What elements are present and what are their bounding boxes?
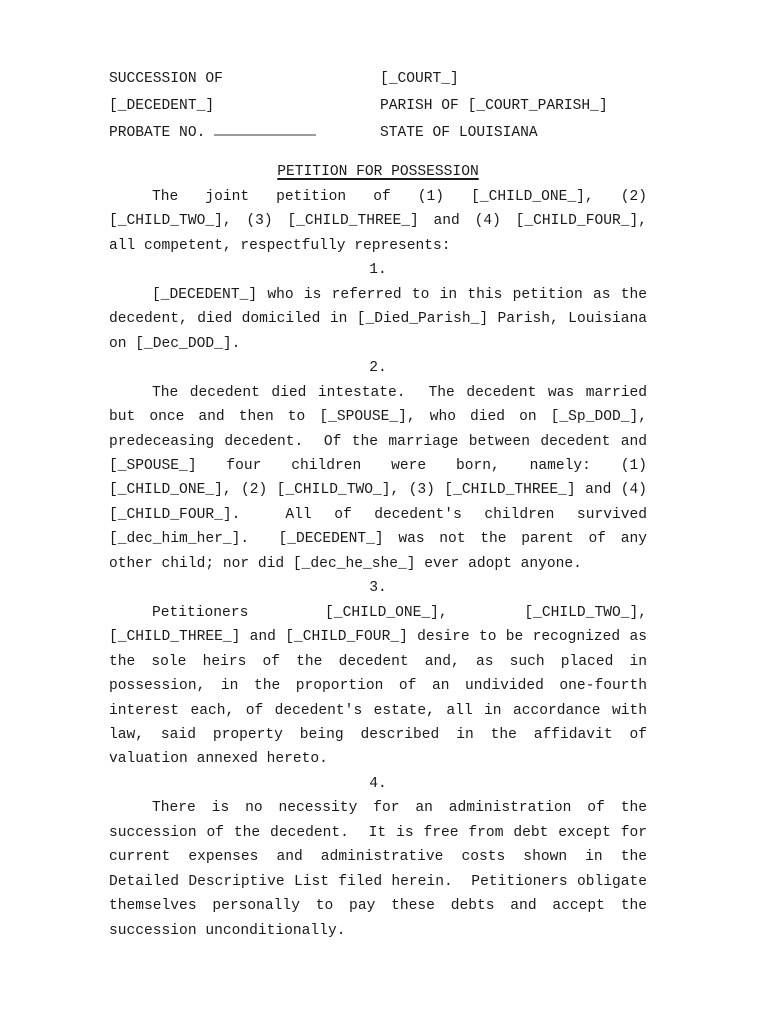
probate-number-blank — [214, 122, 316, 136]
section-number-2: 2. — [109, 356, 647, 380]
section-paragraph-1: [_DECEDENT_] who is referred to in this … — [109, 283, 647, 356]
case-caption: SUCCESSION OF [_COURT_] [_DECEDENT_] PAR… — [109, 66, 647, 147]
section-number-4: 4. — [109, 772, 647, 796]
court-placeholder: [_COURT_] — [380, 66, 459, 93]
document-content: SUCCESSION OF [_COURT_] [_DECEDENT_] PAR… — [109, 66, 647, 943]
caption-row: SUCCESSION OF [_COURT_] — [109, 66, 647, 93]
caption-row: [_DECEDENT_] PARISH OF [_COURT_PARISH_] — [109, 93, 647, 120]
section-number-3: 3. — [109, 576, 647, 600]
section-paragraph-3: Petitioners [_CHILD_ONE_], [_CHILD_TWO_]… — [109, 601, 647, 772]
section-paragraph-4: There is no necessity for an administrat… — [109, 796, 647, 943]
probate-no-label: PROBATE NO. — [109, 125, 205, 141]
intro-paragraph: The joint petition of (1) [_CHILD_ONE_],… — [109, 185, 647, 258]
succession-of-label: SUCCESSION OF — [109, 71, 223, 87]
title-row: PETITION FOR POSSESSION — [109, 160, 647, 185]
petition-title: PETITION FOR POSSESSION — [277, 164, 478, 180]
state-of-louisiana-label: STATE OF LOUISIANA — [380, 120, 538, 147]
caption-row: PROBATE NO. STATE OF LOUISIANA — [109, 120, 647, 147]
section-paragraph-2: The decedent died intestate. The deceden… — [109, 381, 647, 577]
parish-of-label: PARISH OF [_COURT_PARISH_] — [380, 93, 608, 120]
section-number-1: 1. — [109, 258, 647, 282]
decedent-placeholder: [_DECEDENT_] — [109, 98, 214, 114]
petition-body: The joint petition of (1) [_CHILD_ONE_],… — [109, 185, 647, 943]
document-page: SUCCESSION OF [_COURT_] [_DECEDENT_] PAR… — [0, 0, 770, 1024]
